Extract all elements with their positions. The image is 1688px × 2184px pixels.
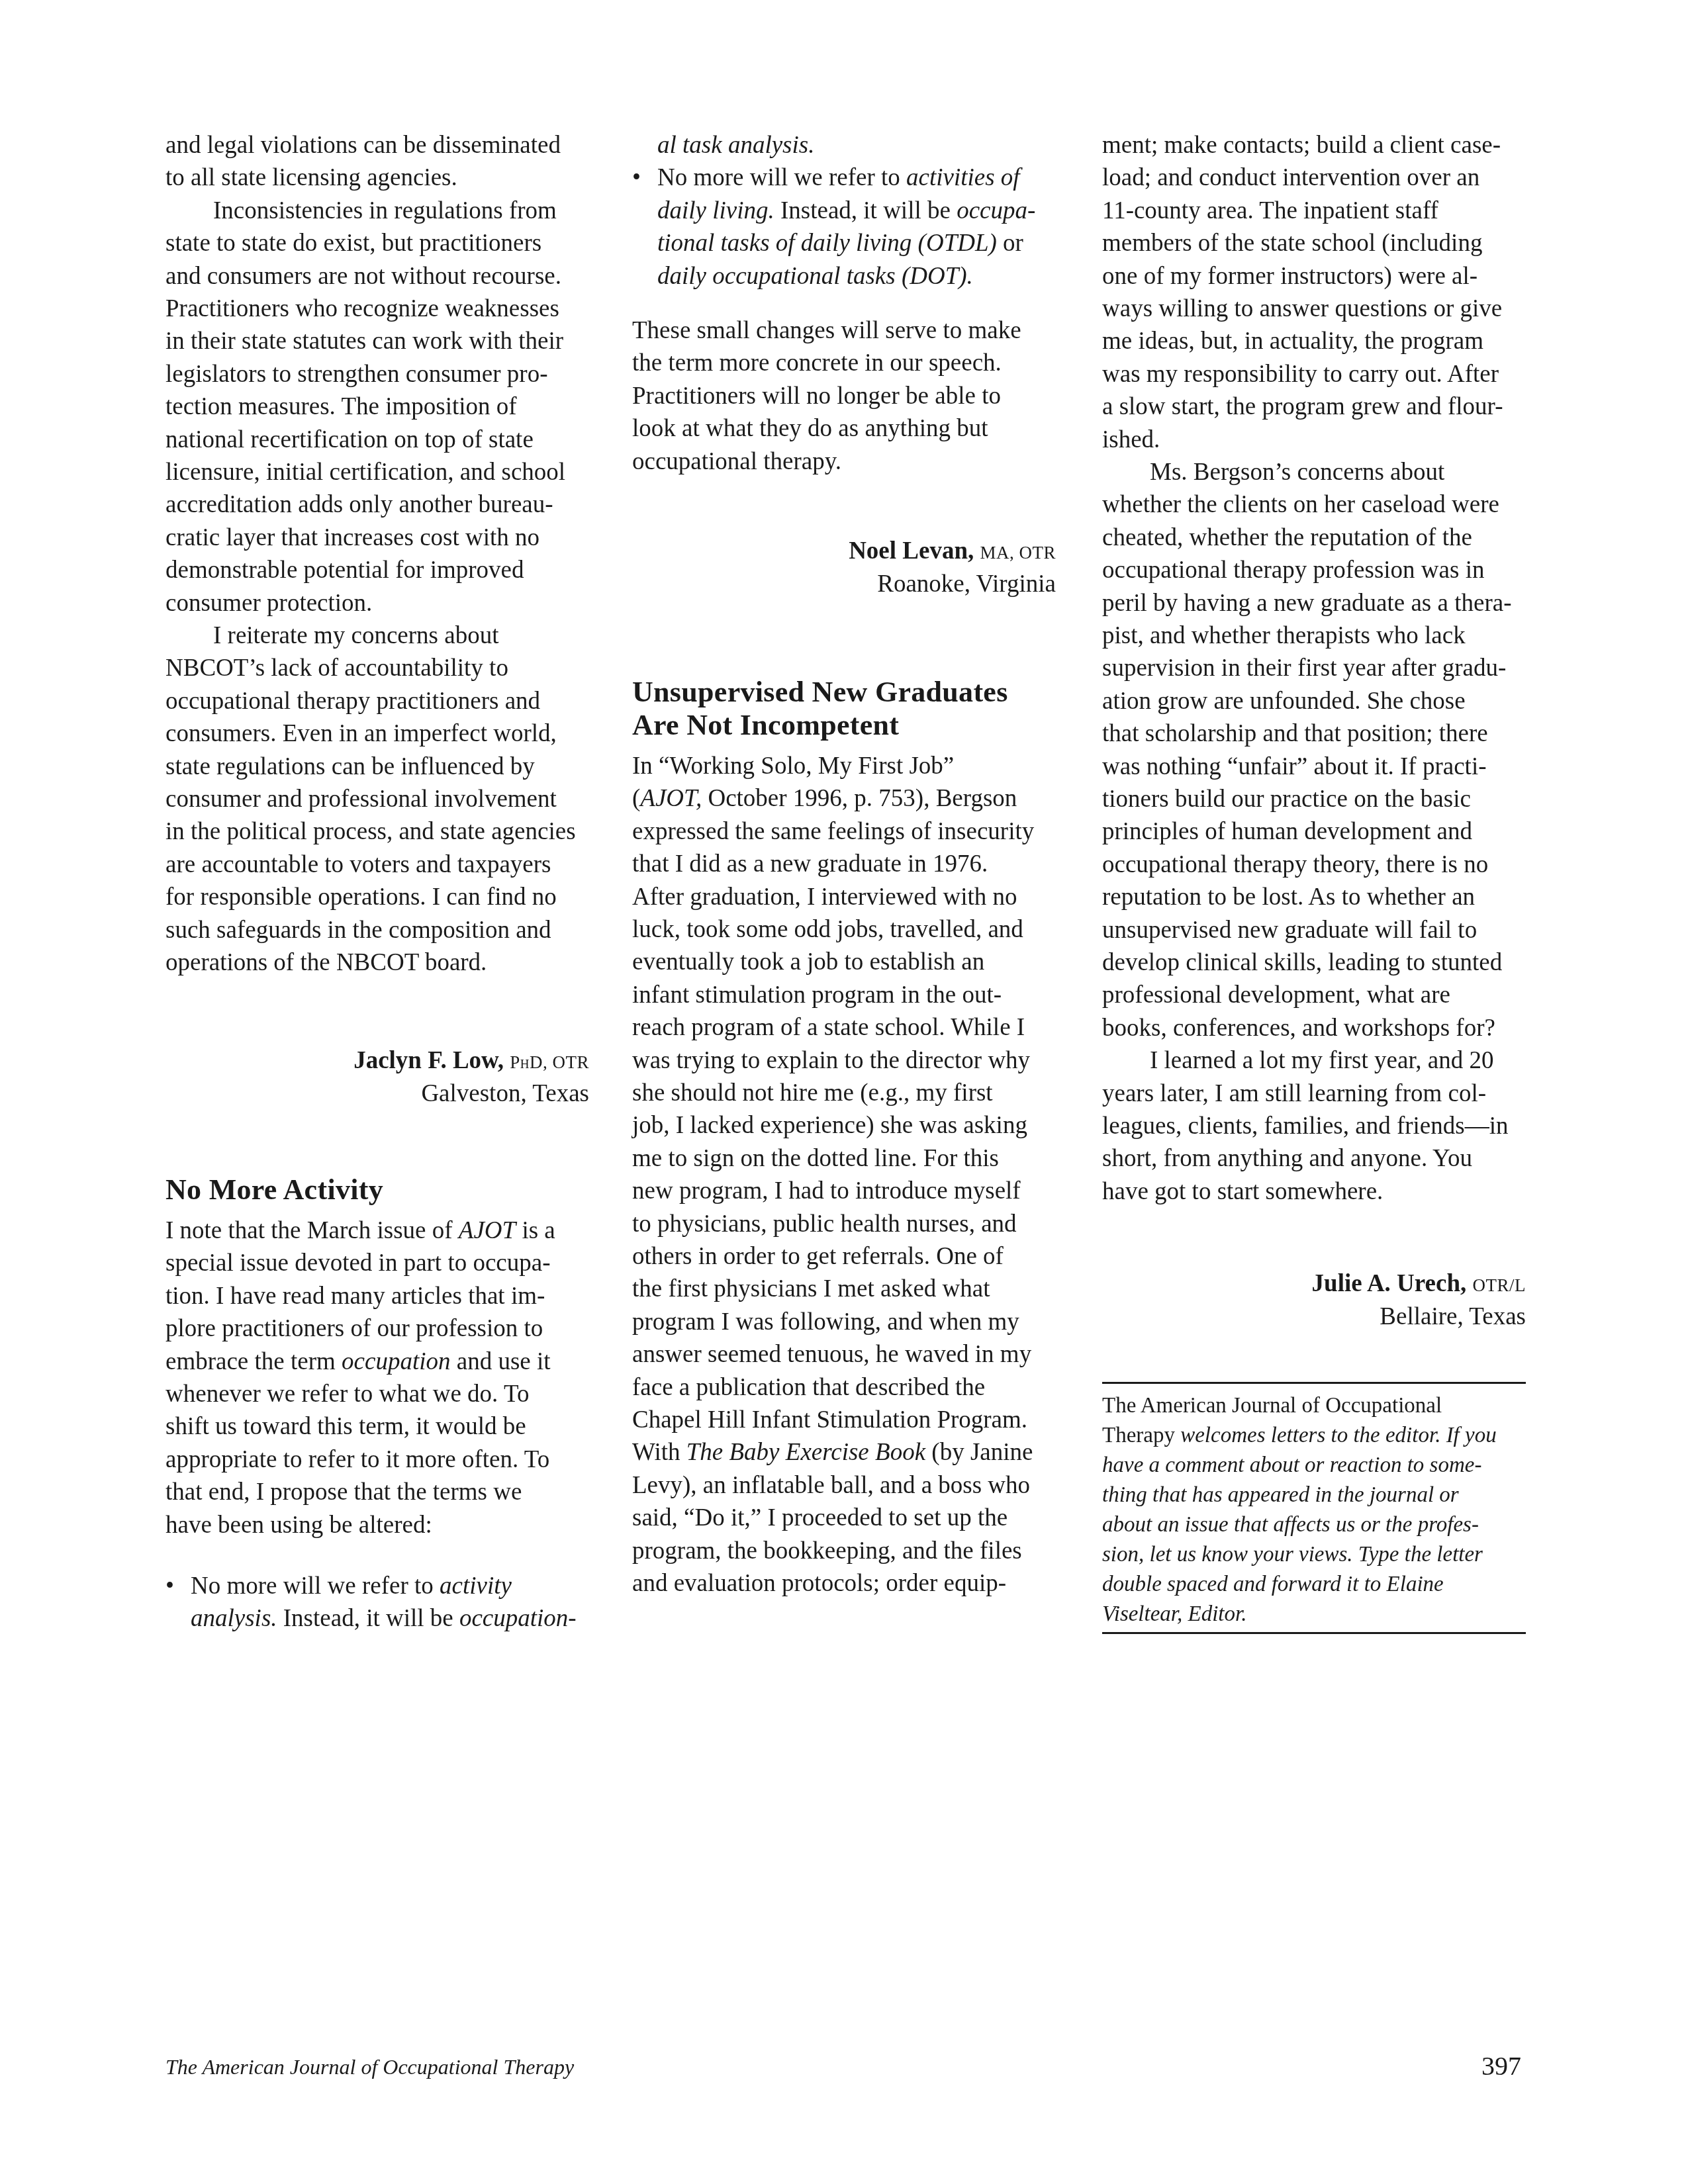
body-text-line: These small changes will serve to make [632, 314, 1021, 347]
text-run: No more will we refer to [191, 1572, 440, 1600]
text-run: infant stimulation program in the out- [632, 981, 1002, 1009]
body-text-line: that I did as a new graduate in 1976. [632, 848, 988, 880]
text-run: activity [440, 1572, 512, 1600]
body-text-line: principles of human development and [1102, 815, 1472, 848]
footer-journal-title: The American Journal of Occupational The… [165, 2055, 574, 2079]
text-run: or [997, 230, 1023, 257]
body-text-line: was nothing “unfair” about it. If practi… [1102, 751, 1487, 783]
body-text-line: demonstrable potential for improved [165, 554, 524, 586]
body-text-line: I reiterate my concerns about [165, 619, 498, 652]
body-text-line: whenever we refer to what we do. To [165, 1378, 529, 1410]
body-text-line: in the political process, and state agen… [165, 815, 576, 848]
editor-note-line: Viseltear, Editor. [1102, 1600, 1246, 1629]
body-text-line: With The Baby Exercise Book (by Janine [632, 1436, 1033, 1469]
text-run: luck, took some odd jobs, travelled, and [632, 916, 1023, 943]
body-text-line: consumers. Even in an imperfect world, [165, 717, 557, 750]
body-text-line: new program, I had to introduce myself [632, 1175, 1021, 1207]
body-text-line: embrace the term occupation and use it [165, 1345, 551, 1378]
body-text-line: ation grow are unfounded. She chose [1102, 685, 1466, 717]
editor-note-line: The American Journal of Occupational [1102, 1391, 1442, 1421]
body-text-line: and evaluation protocols; order equip- [632, 1567, 1006, 1600]
text-run: and evaluation protocols; order equip- [632, 1570, 1006, 1597]
text-run: expressed the same feelings of insecurit… [632, 818, 1034, 845]
body-text-line: state regulations can be influenced by [165, 751, 535, 783]
text-run: have been using be altered: [165, 1512, 432, 1539]
text-run: the first physicians I met asked what [632, 1275, 990, 1302]
body-text-line: that scholarship and that position; ther… [1102, 717, 1488, 750]
body-text-line: others in order to get referrals. One of [632, 1240, 1004, 1273]
author-credentials: OTR/L [1473, 1275, 1526, 1295]
body-text-line: Inconsistencies in regulations from [165, 195, 557, 227]
body-text-line: have been using be altered: [165, 1509, 432, 1541]
author-name: Jaclyn F. Low, [353, 1047, 504, 1074]
body-text-line: expressed the same feelings of insecurit… [632, 815, 1034, 848]
body-text-line: I learned a lot my first year, and 20 [1102, 1044, 1493, 1077]
text-run: appropriate to refer to it more often. T… [165, 1446, 549, 1473]
body-text-line: (AJOT, October 1996, p. 753), Bergson [632, 782, 1017, 815]
journal-page: and legal violations can be disseminated… [0, 0, 1688, 2184]
author-name: Julie A. Urech, [1312, 1270, 1467, 1297]
author-credentials: MA, OTR [980, 543, 1056, 563]
body-text-line: Practitioners who recognize weaknesses [165, 293, 559, 325]
body-text-line: face a publication that described the [632, 1371, 985, 1404]
bullet-item-continuation: daily living. Instead, it will be occupa… [632, 195, 1035, 227]
author-credentials: PhD, OTR [510, 1052, 589, 1072]
body-text-line: consumer and professional involvement [165, 783, 557, 815]
text-run: that I did as a new graduate in 1976. [632, 850, 988, 878]
body-text-line: luck, took some odd jobs, travelled, and [632, 913, 1023, 946]
bullet-item: •No more will we refer to activities of [632, 161, 1020, 194]
body-text-line: I note that the March issue of AJOT is a [165, 1214, 555, 1247]
text-run: Therapy [1102, 1424, 1180, 1447]
bullet-item-continuation: al task analysis. [632, 129, 814, 161]
text-run: plore practitioners of our profession to [165, 1315, 543, 1342]
editor-note-line: have a comment about or reaction to some… [1102, 1451, 1481, 1480]
page-number: 397 [1481, 2050, 1521, 2081]
body-text-line: plore practitioners of our profession to [165, 1312, 543, 1345]
body-text-line: answer seemed tenuous, he waved in my [632, 1338, 1031, 1371]
body-text-line: one of my former instructors) were al- [1102, 260, 1477, 293]
body-text-line: Chapel Hill Infant Stimulation Program. [632, 1404, 1027, 1436]
body-text-line: whether the clients on her caseload were [1102, 488, 1499, 521]
body-text-line: In “Working Solo, My First Job” [632, 750, 954, 782]
body-text-line: tioners build our practice on the basic [1102, 783, 1471, 815]
text-run: tion. I have read many articles that im- [165, 1283, 545, 1310]
editor-note-line: about an issue that affects us or the pr… [1102, 1510, 1479, 1540]
body-text-line: cratic layer that increases cost with no [165, 522, 539, 554]
body-text-line: accreditation adds only another bureau- [165, 488, 553, 521]
section-heading: Are Not Incompetent [632, 708, 899, 743]
author-location: Bellaire, Texas [1380, 1300, 1526, 1333]
body-text-line: she should not hire me (e.g., my first [632, 1077, 993, 1109]
text-run: special issue devoted in part to occupa- [165, 1250, 551, 1277]
body-text-line: licensure, initial certification, and sc… [165, 456, 565, 488]
body-text-line: have got to start somewhere. [1102, 1175, 1383, 1208]
bullet-icon: • [632, 161, 657, 194]
text-run: Instead, it will be [774, 197, 957, 224]
bullet-item-continuation: tional tasks of daily living (OTDL) or [632, 227, 1023, 259]
body-text-line: 11-county area. The inpatient staff [1102, 195, 1438, 227]
bullet-item: •No more will we refer to activity [165, 1570, 512, 1602]
signature-name-line: Noel Levan, MA, OTR [849, 535, 1056, 567]
text-run: was trying to explain to the director wh… [632, 1047, 1030, 1074]
text-run: occupa- [957, 197, 1035, 224]
text-run: answer seemed tenuous, he waved in my [632, 1341, 1031, 1368]
text-run: to physicians, public health nurses, and [632, 1210, 1017, 1238]
text-run: October 1996, p. 753), Bergson [702, 785, 1017, 812]
body-text-line: operations of the NBCOT board. [165, 946, 487, 979]
text-run: welcomes letters to the editor. If you [1180, 1424, 1497, 1447]
text-run: embrace the term [165, 1348, 342, 1375]
body-text-line: reputation to be lost. As to whether an [1102, 881, 1475, 913]
text-run: With [632, 1439, 686, 1466]
body-text-line: the first physicians I met asked what [632, 1273, 990, 1305]
text-run: AJOT [459, 1217, 516, 1244]
body-text-line: and consumers are not without recourse. [165, 260, 561, 293]
text-run: program I was following, and when my [632, 1308, 1019, 1336]
signature-name-line: Jaclyn F. Low, PhD, OTR [353, 1044, 589, 1077]
body-text-line: such safeguards in the composition and [165, 914, 551, 946]
body-text-line: national recertification on top of state [165, 424, 534, 456]
divider-rule [1102, 1632, 1526, 1634]
body-text-line: me to sign on the dotted line. For this [632, 1142, 999, 1175]
bullet-item-continuation: analysis. Instead, it will be occupation… [165, 1602, 577, 1635]
text-run: program, the bookkeeping, and the files [632, 1537, 1022, 1565]
text-run: others in order to get referrals. One of [632, 1243, 1004, 1270]
body-text-line: cheated, whether the reputation of the [1102, 522, 1472, 554]
text-run: activities of [906, 164, 1020, 191]
text-run: eventually took a job to establish an [632, 948, 984, 976]
section-heading: Unsupervised New Graduates [632, 675, 1008, 709]
body-text-line: said, “Do it,” I proceeded to set up the [632, 1502, 1008, 1534]
body-text-line: was my responsibility to carry out. Afte… [1102, 358, 1499, 390]
section-heading: No More Activity [165, 1173, 383, 1207]
body-text-line: supervision in their first year after gr… [1102, 652, 1506, 684]
divider-rule [1102, 1382, 1526, 1384]
body-text-line: Levy), an inflatable ball, and a boss wh… [632, 1469, 1030, 1502]
body-text-line: reach program of a state school. While I [632, 1011, 1025, 1044]
body-text-line: to physicians, public health nurses, and [632, 1208, 1017, 1240]
body-text-line: ways willing to answer questions or give [1102, 293, 1502, 325]
body-text-line: in their state statutes can work with th… [165, 325, 563, 357]
body-text-line: years later, I am still learning from co… [1102, 1077, 1486, 1110]
body-text-line: professional development, what are [1102, 979, 1450, 1011]
text-run: The Baby Exercise Book [686, 1439, 925, 1466]
body-text-line: me ideas, but, in actuality, the program [1102, 325, 1483, 357]
body-text-line: consumer protection. [165, 587, 372, 619]
text-run: I note that the March issue of [165, 1217, 459, 1244]
body-text-line: infant stimulation program in the out- [632, 979, 1002, 1011]
text-run: that end, I propose that the terms we [165, 1479, 522, 1506]
body-text-line: load; and conduct intervention over an [1102, 161, 1479, 194]
body-text-line: unsupervised new graduate will fail to [1102, 914, 1477, 946]
editor-note-line: Therapy welcomes letters to the editor. … [1102, 1421, 1497, 1451]
body-text-line: peril by having a new graduate as a ther… [1102, 587, 1511, 619]
text-run: whenever we refer to what we do. To [165, 1381, 529, 1408]
text-run: is a [516, 1217, 555, 1244]
body-text-line: occupational therapy theory, there is no [1102, 848, 1488, 881]
body-text-line: was trying to explain to the director wh… [632, 1044, 1030, 1077]
editor-note-line: thing that has appeared in the journal o… [1102, 1480, 1459, 1510]
body-text-line: state to state do exist, but practitione… [165, 227, 541, 259]
body-text-line: members of the state school (including [1102, 227, 1482, 259]
body-text-line: Practitioners will no longer be able to [632, 380, 1001, 412]
author-location: Roanoke, Virginia [877, 568, 1056, 600]
body-text-line: a slow start, the program grew and flour… [1102, 390, 1503, 423]
body-text-line: job, I lacked experience) she was asking [632, 1109, 1027, 1142]
body-text-line: legislators to strengthen consumer pro- [165, 358, 547, 390]
text-run: job, I lacked experience) she was asking [632, 1112, 1027, 1139]
body-text-line: shift us toward this term, it would be [165, 1410, 526, 1443]
text-run: she should not hire me (e.g., my first [632, 1079, 993, 1107]
body-text-line: eventually took a job to establish an [632, 946, 984, 978]
text-run: ( [632, 785, 640, 812]
body-text-line: develop clinical skills, leading to stun… [1102, 946, 1502, 979]
body-text-line: are accountable to voters and taxpayers [165, 848, 551, 881]
text-run: me to sign on the dotted line. For this [632, 1145, 999, 1172]
signature-name-line: Julie A. Urech, OTR/L [1312, 1267, 1526, 1300]
body-text-line: the term more concrete in our speech. [632, 347, 1002, 379]
text-run: occupation- [459, 1605, 577, 1632]
text-run: new program, I had to introduce myself [632, 1177, 1021, 1205]
bullet-icon: • [165, 1570, 191, 1602]
author-location: Galveston, Texas [421, 1077, 589, 1110]
body-text-line: After graduation, I interviewed with no [632, 881, 1017, 913]
text-run: tional tasks of daily living (OTDL) [657, 230, 997, 257]
body-text-line: tection measures. The imposition of [165, 390, 517, 423]
body-text-line: look at what they do as anything but [632, 412, 988, 445]
text-run: shift us toward this term, it would be [165, 1413, 526, 1440]
body-text-line: NBCOT’s lack of accountability to [165, 652, 508, 684]
body-text-line: books, conferences, and workshops for? [1102, 1012, 1495, 1044]
body-text-line: for responsible operations. I can find n… [165, 881, 557, 913]
body-text-line: to all state licensing agencies. [165, 161, 457, 194]
text-run: daily living. [657, 197, 774, 224]
text-run: analysis. [191, 1605, 277, 1632]
body-text-line: occupational therapy practitioners and [165, 685, 540, 717]
body-text-line: pist, and whether therapists who lack [1102, 619, 1466, 652]
body-text-line: program I was following, and when my [632, 1306, 1019, 1338]
text-run: occupation [342, 1348, 450, 1375]
text-run: (by Janine [925, 1439, 1033, 1466]
body-text-line: occupational therapy profession was in [1102, 554, 1484, 586]
text-run: No more will we refer to [657, 164, 906, 191]
body-text-line: occupational therapy. [632, 445, 841, 478]
bullet-item-continuation: daily occupational tasks (DOT). [632, 260, 973, 293]
text-run: Chapel Hill Infant Stimulation Program. [632, 1406, 1027, 1433]
text-run: said, “Do it,” I proceeded to set up the [632, 1504, 1008, 1531]
editor-note-line: double spaced and forward it to Elaine [1102, 1570, 1444, 1600]
body-text-line: Ms. Bergson’s concerns about [1102, 456, 1444, 488]
text-run: and use it [450, 1348, 550, 1375]
text-run: Instead, it will be [277, 1605, 459, 1632]
text-run: In “Working Solo, My First Job” [632, 752, 954, 780]
body-text-line: ished. [1102, 424, 1160, 456]
editor-note-line: sion, let us know your views. Type the l… [1102, 1540, 1483, 1570]
body-text-line: program, the bookkeeping, and the files [632, 1535, 1022, 1567]
text-run: AJOT, [640, 785, 702, 812]
author-name: Noel Levan, [849, 537, 974, 565]
body-text-line: appropriate to refer to it more often. T… [165, 1443, 549, 1476]
text-run: Levy), an inflatable ball, and a boss wh… [632, 1472, 1030, 1499]
body-text-line: tion. I have read many articles that im- [165, 1280, 545, 1312]
body-text-line: and legal violations can be disseminated [165, 129, 561, 161]
body-text-line: ment; make contacts; build a client case… [1102, 129, 1501, 161]
body-text-line: leagues, clients, families, and friends—… [1102, 1110, 1508, 1142]
text-run: face a publication that described the [632, 1374, 985, 1401]
text-run: reach program of a state school. While I [632, 1014, 1025, 1041]
body-text-line: that end, I propose that the terms we [165, 1476, 522, 1508]
body-text-line: special issue devoted in part to occupa- [165, 1247, 551, 1279]
body-text-line: short, from anything and anyone. You [1102, 1142, 1472, 1175]
text-run: After graduation, I interviewed with no [632, 884, 1017, 911]
